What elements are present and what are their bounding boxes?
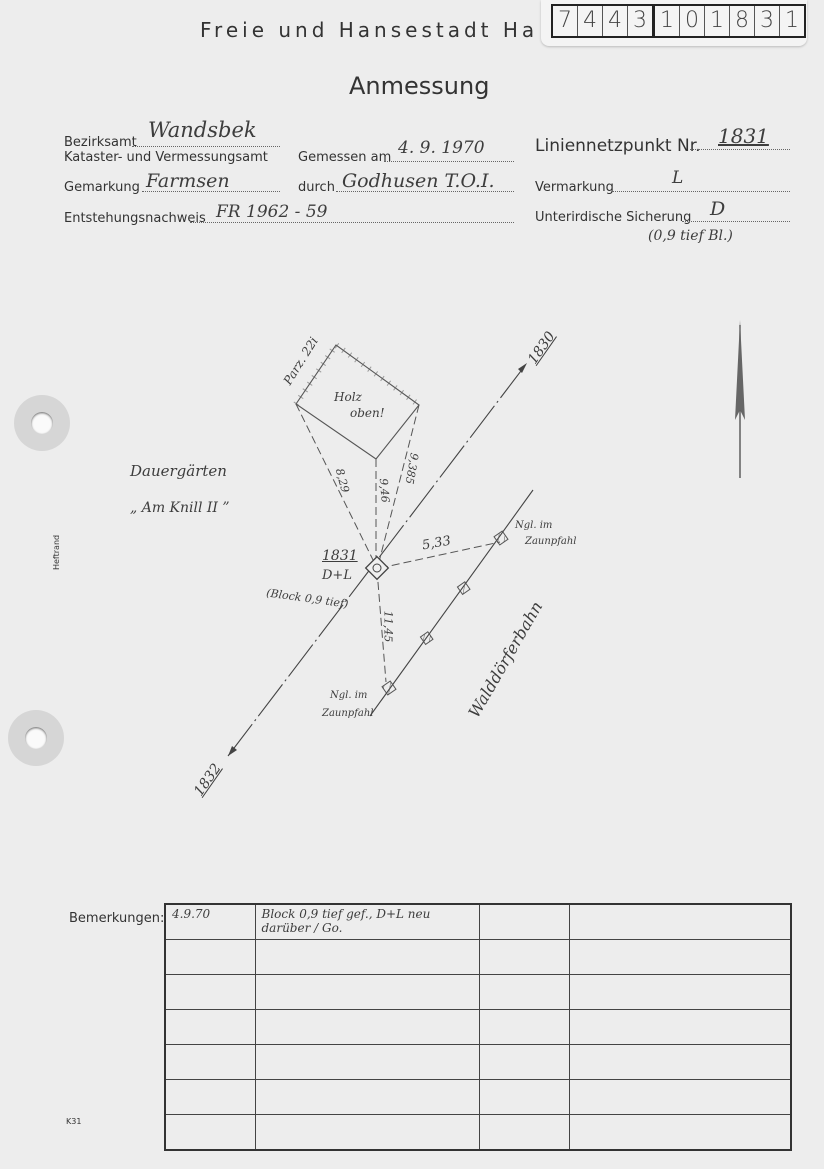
arrow-1830-icon <box>518 363 527 373</box>
table-row: 4.9.70Block 0,9 tief gef., D+L neu darüb… <box>165 904 791 940</box>
fence-note-bottom-1: Ngl. im <box>330 690 367 701</box>
table-cell <box>569 940 791 975</box>
table-cell <box>569 1045 791 1080</box>
table-cell <box>165 1045 255 1080</box>
distance-mid: 9,46 <box>377 478 392 504</box>
remarks-table: 4.9.70Block 0,9 tief gef., D+L neu darüb… <box>164 903 792 1151</box>
point-1831-marker-icon <box>366 557 389 580</box>
table-cell <box>255 940 479 975</box>
table-cell <box>255 1080 479 1115</box>
survey-sketch <box>0 0 824 900</box>
table-cell <box>569 975 791 1010</box>
table-cell <box>165 975 255 1010</box>
table-cell <box>255 1045 479 1080</box>
table-cell <box>165 1010 255 1045</box>
table-cell <box>165 1115 255 1151</box>
table-cell <box>165 1080 255 1115</box>
arrow-1832-icon <box>228 746 237 756</box>
table-cell <box>255 1010 479 1045</box>
table-cell <box>569 1115 791 1151</box>
table-cell <box>479 904 569 940</box>
fence-note-bottom-2: Zaunpfahl <box>322 708 374 719</box>
parcel-note-2: oben! <box>350 406 385 420</box>
table-cell <box>479 940 569 975</box>
garden-name-2: „ Am Knill II ” <box>130 500 230 516</box>
remarks-label: Bemerkungen: <box>69 911 164 926</box>
fence-note-top-2: Zaunpfahl <box>525 536 577 547</box>
parcel-note-1: Holz <box>334 390 362 404</box>
table-cell <box>479 1080 569 1115</box>
table-cell: 4.9.70 <box>165 904 255 940</box>
point-marking: D+L <box>322 568 352 583</box>
garden-name-1: Dauergärten <box>130 462 227 480</box>
point-number: 1831 <box>322 548 358 564</box>
fence-note-top-1: Ngl. im <box>515 520 552 531</box>
table-cell <box>255 975 479 1010</box>
table-row <box>165 940 791 975</box>
form-code: K31 <box>66 1117 81 1126</box>
table-cell <box>479 1045 569 1080</box>
table-cell <box>479 975 569 1010</box>
table-row <box>165 1045 791 1080</box>
table-row <box>165 975 791 1010</box>
table-cell <box>165 940 255 975</box>
table-cell <box>479 1115 569 1151</box>
table-row <box>165 1080 791 1115</box>
table-cell <box>255 1115 479 1151</box>
table-row <box>165 1010 791 1045</box>
table-cell <box>479 1010 569 1045</box>
table-row <box>165 1115 791 1151</box>
fence-line <box>370 490 533 716</box>
distance-south: 11,45 <box>381 611 394 643</box>
table-cell <box>569 904 791 940</box>
table-cell <box>569 1080 791 1115</box>
table-cell: Block 0,9 tief gef., D+L neu darüber / G… <box>255 904 479 940</box>
table-cell <box>569 1010 791 1045</box>
